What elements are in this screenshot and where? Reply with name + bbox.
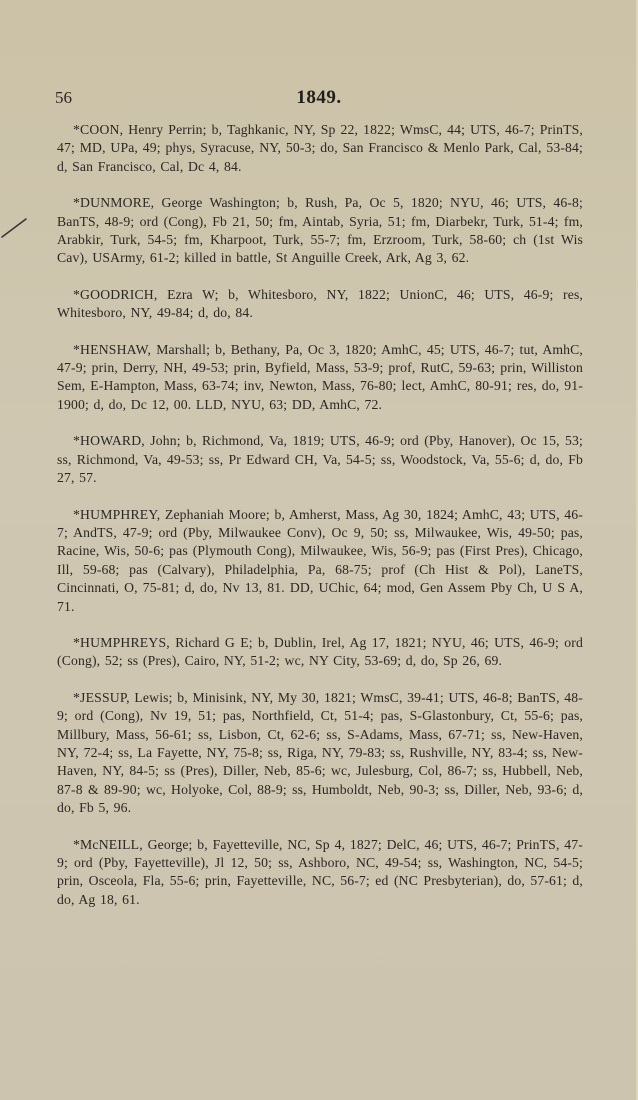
entry-name: *GOODRICH, <box>73 287 158 302</box>
entry-jessup: *JESSUP, Lewis; b, Minisink, NY, My 30, … <box>57 689 583 818</box>
entry-dunmore: *DUNMORE, George Washington; b, Rush, Pa… <box>57 194 583 268</box>
entry-name: *HOWARD, <box>73 433 145 448</box>
year-heading: 1849. <box>55 87 583 109</box>
entry-text: Henry Perrin; b, Taghkanic, NY, Sp 22, 1… <box>57 122 583 174</box>
entries-list: *COON, Henry Perrin; b, Taghkanic, NY, S… <box>57 121 583 927</box>
entry-goodrich: *GOODRICH, Ezra W; b, Whitesboro, NY, 18… <box>57 286 583 323</box>
entry-howard: *HOWARD, John; b, Richmond, Va, 1819; UT… <box>57 432 583 487</box>
entry-humphrey: *HUMPHREY, Zephaniah Moore; b, Amherst, … <box>57 506 583 616</box>
entry-name: *COON, <box>73 122 123 137</box>
entry-text: Zephaniah Moore; b, Amherst, Mass, Ag 30… <box>57 507 583 614</box>
entry-coon: *COON, Henry Perrin; b, Taghkanic, NY, S… <box>57 121 583 176</box>
entry-name: *DUNMORE, <box>73 195 154 210</box>
pencil-margin-mark-icon <box>0 215 30 245</box>
page-header: 56 1849. <box>55 88 583 112</box>
entry-name: *HUMPHREYS, <box>73 635 170 650</box>
entry-mcneill: *McNEILL, George; b, Fayetteville, NC, S… <box>57 836 583 910</box>
entry-name: *HUMPHREY, <box>73 507 160 522</box>
entry-name: *HENSHAW, <box>73 342 151 357</box>
scanned-page: 56 1849. *COON, Henry Perrin; b, Taghkan… <box>0 0 638 1100</box>
entry-humphreys: *HUMPHREYS, Richard G E; b, Dublin, Irel… <box>57 634 583 671</box>
entry-name: *McNEILL, <box>73 837 143 852</box>
entry-henshaw: *HENSHAW, Marshall; b, Bethany, Pa, Oc 3… <box>57 341 583 415</box>
entry-name: *JESSUP, <box>73 690 130 705</box>
entry-text: Lewis; b, Minisink, NY, My 30, 1821; Wms… <box>57 690 583 815</box>
